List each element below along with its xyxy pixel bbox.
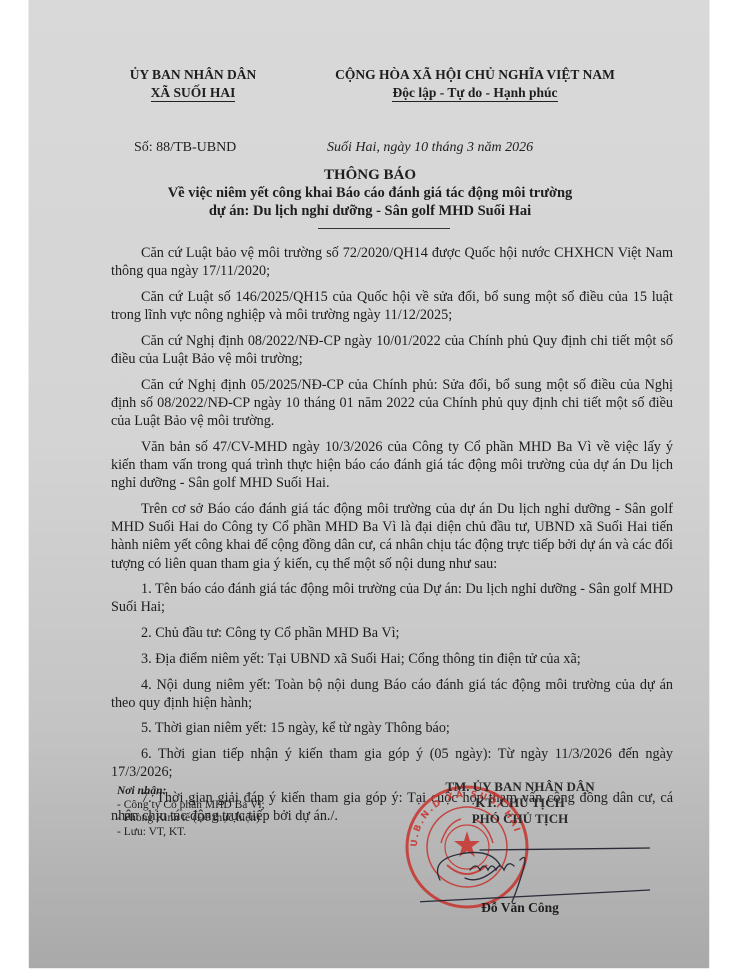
signature-line-3: PHÓ CHỦ TỊCH bbox=[410, 811, 630, 827]
list-item: 2. Chủ đầu tư: Công ty Cổ phần MHD Ba Vì… bbox=[111, 624, 673, 642]
document-number: Số: 88/TB-UBND bbox=[134, 140, 236, 156]
recipient-item: Lưu: VT, KT. bbox=[117, 826, 265, 840]
paragraph: Căn cứ Luật bảo vệ môi trường số 72/2020… bbox=[111, 244, 673, 280]
document-body: Căn cứ Luật bảo vệ môi trường số 72/2020… bbox=[111, 244, 673, 833]
signature-line-1: TM. ỦY BAN NHÂN DÂN bbox=[410, 779, 630, 795]
document-title: THÔNG BÁO bbox=[0, 167, 740, 184]
recipient-item: Công ty Cổ phần MHD Ba Vì; bbox=[117, 799, 265, 813]
recipients-block: Nơi nhận: Công ty Cổ phần MHD Ba Vì; Phò… bbox=[117, 785, 265, 839]
paragraph: Trên cơ sở Báo cáo đánh giá tác động môi… bbox=[111, 500, 673, 573]
signature-title-block: TM. ỦY BAN NHÂN DÂN KT. CHỦ TỊCH PHÓ CHỦ… bbox=[410, 779, 630, 827]
signer-name: Đỗ Văn Công bbox=[410, 900, 630, 916]
paragraph: Căn cứ Nghị định 05/2025/NĐ-CP của Chính… bbox=[111, 376, 673, 431]
authority-line-2: XÃ SUỐI HAI bbox=[151, 85, 236, 102]
place-and-date: Suối Hai, ngày 10 tháng 3 năm 2026 bbox=[327, 140, 533, 156]
document-subject-line-1: Về việc niêm yết công khai Báo cáo đánh … bbox=[0, 185, 740, 202]
paragraph: Căn cứ Nghị định 08/2022/NĐ-CP ngày 10/0… bbox=[111, 332, 673, 368]
recipients-label: Nơi nhận: bbox=[117, 785, 265, 799]
paragraph: Căn cứ Luật số 146/2025/QH15 của Quốc hộ… bbox=[111, 288, 673, 324]
list-item: 6. Thời gian tiếp nhận ý kiến tham gia g… bbox=[111, 745, 673, 781]
list-item: 1. Tên báo cáo đánh giá tác động môi trư… bbox=[111, 580, 673, 616]
paragraph: Văn bản số 47/CV-MHD ngày 10/3/2026 của … bbox=[111, 438, 673, 493]
list-item: 5. Thời gian niêm yết: 15 ngày, kể từ ng… bbox=[111, 719, 673, 737]
list-item: 3. Địa điểm niêm yết: Tại UBND xã Suối H… bbox=[111, 650, 673, 668]
title-divider bbox=[318, 228, 450, 229]
authority-line-1: ỦY BAN NHÂN DÂN bbox=[118, 66, 268, 84]
issuing-authority: ỦY BAN NHÂN DÂN XÃ SUỐI HAI bbox=[118, 66, 268, 102]
signature-line-2: KT. CHỦ TỊCH bbox=[410, 795, 630, 811]
list-item: 4. Nội dung niêm yết: Toàn bộ nội dung B… bbox=[111, 676, 673, 712]
nation-line-1: CỘNG HÒA XÃ HỘI CHỦ NGHĨA VIỆT NAM bbox=[300, 66, 650, 84]
recipient-item: Phòng Kinh tế (Để thực hiện) bbox=[117, 812, 265, 826]
national-motto: CỘNG HÒA XÃ HỘI CHỦ NGHĨA VIỆT NAM Độc l… bbox=[300, 66, 650, 102]
nation-line-2: Độc lập - Tự do - Hạnh phúc bbox=[392, 85, 557, 102]
document-subject-line-2: dự án: Du lịch nghỉ dưỡng - Sân golf MHD… bbox=[0, 203, 740, 220]
